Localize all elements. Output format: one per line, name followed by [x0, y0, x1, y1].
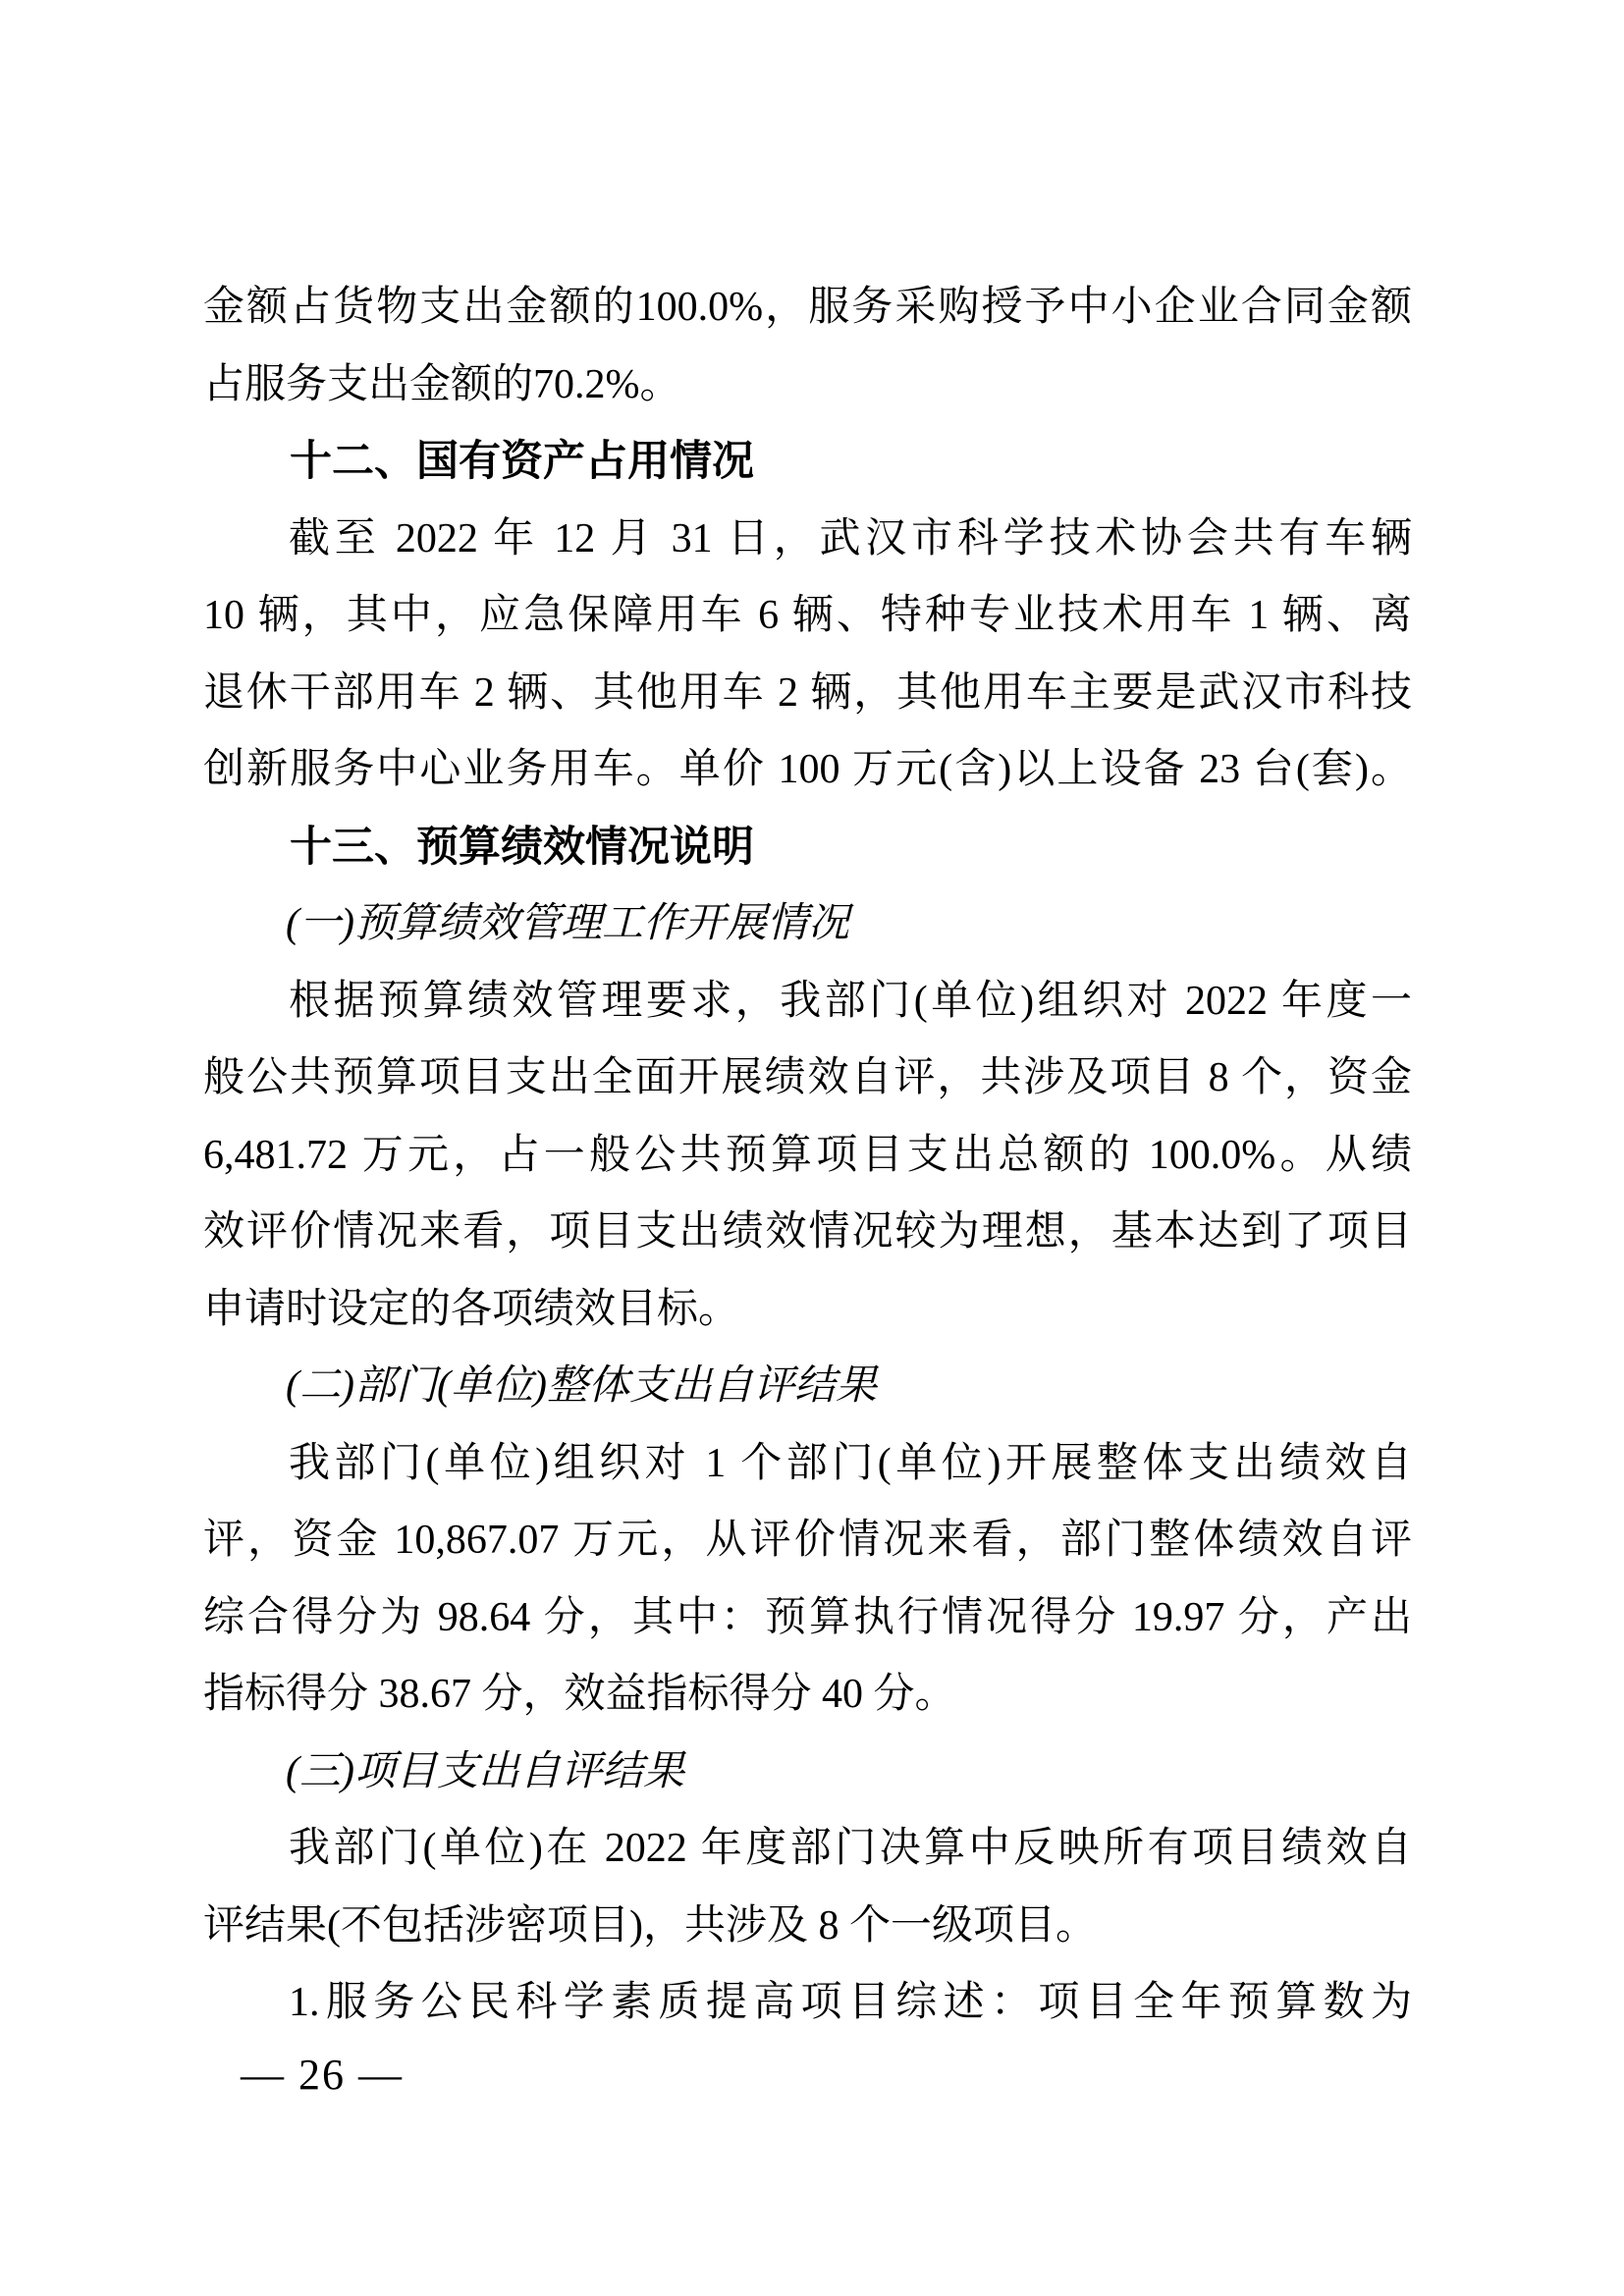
body-text-line: 根据预算绩效管理要求，我部门(单位)组织对 2022 年度一	[203, 963, 1412, 1041]
body-text-line: 6,481.72 万元，占一般公共预算项目支出总额的 100.0%。从绩	[203, 1117, 1412, 1195]
body-text-line: 截至 2022 年 12 月 31 日，武汉市科学技术协会共有车辆	[203, 501, 1412, 578]
body-text-line: 指标得分 38.67 分，效益指标得分 40 分。	[203, 1656, 1412, 1734]
subsection-heading: (一)预算绩效管理工作开展情况	[203, 885, 1412, 963]
body-text-line: 效评价情况来看，项目支出绩效情况较为理想，基本达到了项目	[203, 1194, 1412, 1271]
body-text-line: 般公共预算项目支出全面开展绩效自评，共涉及项目 8 个，资金	[203, 1040, 1412, 1117]
document-body: 金额占货物支出金额的100.0%，服务采购授予中小企业合同金额 占服务支出金额的…	[203, 269, 1412, 2042]
body-text-line: 1.服务公民科学素质提高项目综述：项目全年预算数为	[203, 1964, 1412, 2042]
section-heading: 十三、预算绩效情况说明	[203, 809, 1412, 886]
section-heading: 十二、国有资产占用情况	[203, 423, 1412, 501]
body-text-line: 创新服务中心业务用车。单价 100 万元(含)以上设备 23 台(套)。	[203, 731, 1412, 809]
body-text-line: 综合得分为 98.64 分，其中：预算执行情况得分 19.97 分，产出	[203, 1579, 1412, 1657]
page-number: — 26 —	[241, 2043, 404, 2108]
body-text-line: 我部门(单位)组织对 1 个部门(单位)开展整体支出绩效自	[203, 1425, 1412, 1503]
body-text-line: 评，资金 10,867.07 万元，从评价情况来看，部门整体绩效自评	[203, 1502, 1412, 1579]
body-text-line: 占服务支出金额的70.2%。	[203, 347, 1412, 424]
body-text-line: 10 辆，其中，应急保障用车 6 辆、特种专业技术用车 1 辆、离	[203, 577, 1412, 655]
body-text-line: 我部门(单位)在 2022 年度部门决算中反映所有项目绩效自	[203, 1810, 1412, 1888]
subsection-heading: (二)部门(单位)整体支出自评结果	[203, 1348, 1412, 1425]
body-text-line: 评结果(不包括涉密项目)，共涉及 8 个一级项目。	[203, 1888, 1412, 1965]
body-text-line: 申请时设定的各项绩效目标。	[203, 1271, 1412, 1349]
document-page: 金额占货物支出金额的100.0%，服务采购授予中小企业合同金额 占服务支出金额的…	[0, 0, 1624, 2296]
body-text-line: 金额占货物支出金额的100.0%，服务采购授予中小企业合同金额	[203, 269, 1412, 347]
subsection-heading: (三)项目支出自评结果	[203, 1734, 1412, 1811]
body-text-line: 退休干部用车 2 辆、其他用车 2 辆，其他用车主要是武汉市科技	[203, 655, 1412, 732]
